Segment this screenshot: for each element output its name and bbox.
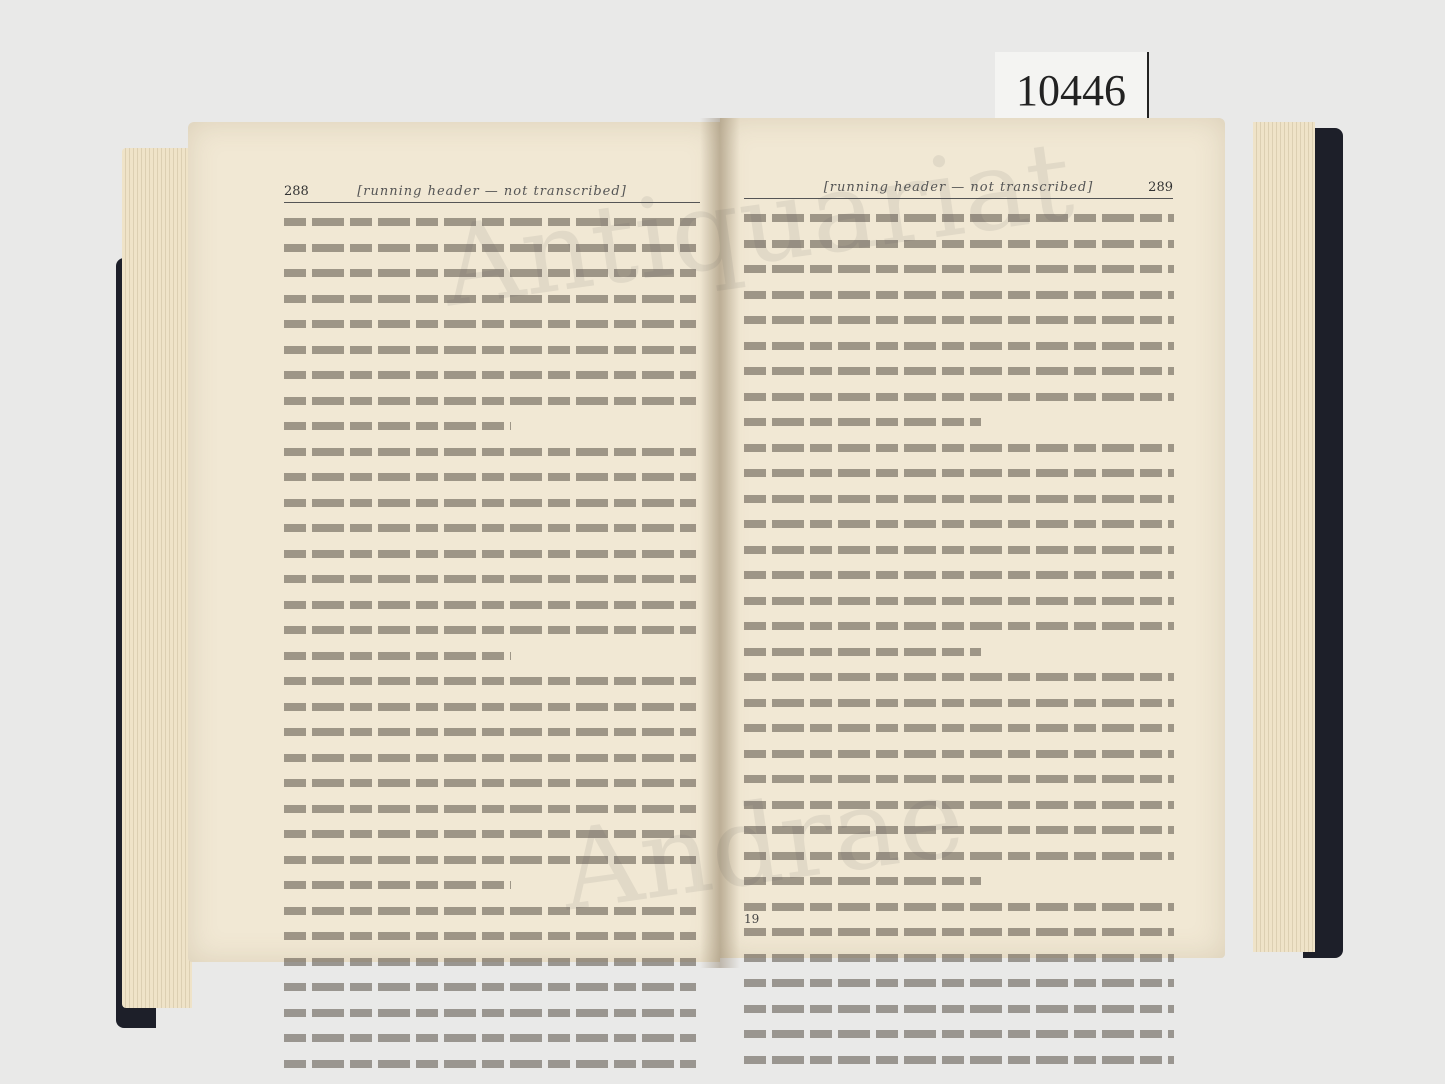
page-edges-right (1253, 122, 1315, 952)
text-line-placeholder (284, 218, 696, 226)
text-line-placeholder (744, 877, 981, 885)
text-line-placeholder (744, 214, 1174, 222)
text-line-placeholder (744, 571, 1174, 579)
text-line-placeholder (744, 1005, 1174, 1013)
right-running-header: [running header — not transcribed] (744, 180, 1173, 195)
right-page: [running header — not transcribed] 289 1… (720, 118, 1225, 958)
text-line-placeholder (284, 499, 696, 507)
text-line-placeholder (284, 652, 511, 660)
text-line-placeholder (744, 418, 981, 426)
text-line-placeholder (284, 983, 696, 991)
right-page-text-placeholder (744, 214, 1174, 1081)
text-line-placeholder (284, 422, 511, 430)
left-page-header: 288 [running header — not transcribed] (284, 178, 700, 203)
text-line-placeholder (744, 699, 1174, 707)
text-line-placeholder (744, 979, 1174, 987)
text-line-placeholder (744, 393, 1174, 401)
page-edges-left (122, 148, 192, 1008)
text-line-placeholder (744, 240, 1174, 248)
text-line-placeholder (744, 622, 1174, 630)
text-line-placeholder (284, 907, 696, 915)
text-line-placeholder (284, 626, 696, 634)
text-line-placeholder (284, 805, 696, 813)
text-line-placeholder (744, 291, 1174, 299)
text-line-placeholder (284, 320, 696, 328)
text-line-placeholder (744, 597, 1174, 605)
right-page-header: [running header — not transcribed] 289 (744, 174, 1173, 199)
book-gutter (700, 118, 740, 968)
text-line-placeholder (744, 367, 1174, 375)
text-line-placeholder (744, 750, 1174, 758)
text-line-placeholder (744, 265, 1174, 273)
text-line-placeholder (744, 1030, 1174, 1038)
text-line-placeholder (744, 342, 1174, 350)
text-line-placeholder (284, 550, 696, 558)
text-line-placeholder (744, 469, 1174, 477)
left-page: 288 [running header — not transcribed] (188, 122, 720, 962)
text-line-placeholder (284, 397, 696, 405)
text-line-placeholder (744, 520, 1174, 528)
text-line-placeholder (284, 1009, 696, 1017)
text-line-placeholder (284, 346, 696, 354)
text-line-placeholder (284, 754, 696, 762)
text-line-placeholder (284, 524, 696, 532)
catalog-number-label: 10446 (995, 52, 1149, 128)
text-line-placeholder (284, 703, 696, 711)
text-line-placeholder (284, 677, 696, 685)
text-line-placeholder (284, 1034, 696, 1042)
text-line-placeholder (284, 958, 696, 966)
text-line-placeholder (284, 575, 696, 583)
text-line-placeholder (744, 928, 1174, 936)
text-line-placeholder (284, 295, 696, 303)
text-line-placeholder (284, 779, 696, 787)
text-line-placeholder (744, 444, 1174, 452)
text-line-placeholder (744, 954, 1174, 962)
text-line-placeholder (284, 932, 696, 940)
text-line-placeholder (744, 648, 981, 656)
text-line-placeholder (284, 1060, 696, 1068)
text-line-placeholder (284, 856, 696, 864)
text-line-placeholder (744, 1056, 1174, 1064)
text-line-placeholder (284, 473, 696, 481)
text-line-placeholder (744, 724, 1174, 732)
text-line-placeholder (744, 903, 1174, 911)
text-line-placeholder (744, 495, 1174, 503)
text-line-placeholder (284, 371, 696, 379)
text-line-placeholder (744, 801, 1174, 809)
left-running-header: [running header — not transcribed] (284, 184, 700, 199)
left-page-text-placeholder (284, 218, 696, 1084)
text-line-placeholder (744, 316, 1174, 324)
text-line-placeholder (744, 546, 1174, 554)
text-line-placeholder (284, 830, 696, 838)
text-line-placeholder (284, 728, 696, 736)
text-line-placeholder (284, 448, 696, 456)
text-line-placeholder (284, 269, 696, 277)
open-book: 288 [running header — not transcribed] [… (108, 118, 1343, 1078)
text-line-placeholder (744, 852, 1174, 860)
text-line-placeholder (284, 881, 511, 889)
text-line-placeholder (284, 244, 696, 252)
text-line-placeholder (744, 673, 1174, 681)
text-line-placeholder (284, 601, 696, 609)
text-line-placeholder (744, 775, 1174, 783)
text-line-placeholder (744, 826, 1174, 834)
right-page-number: 289 (1148, 180, 1173, 195)
signature-mark: 19 (744, 912, 759, 926)
